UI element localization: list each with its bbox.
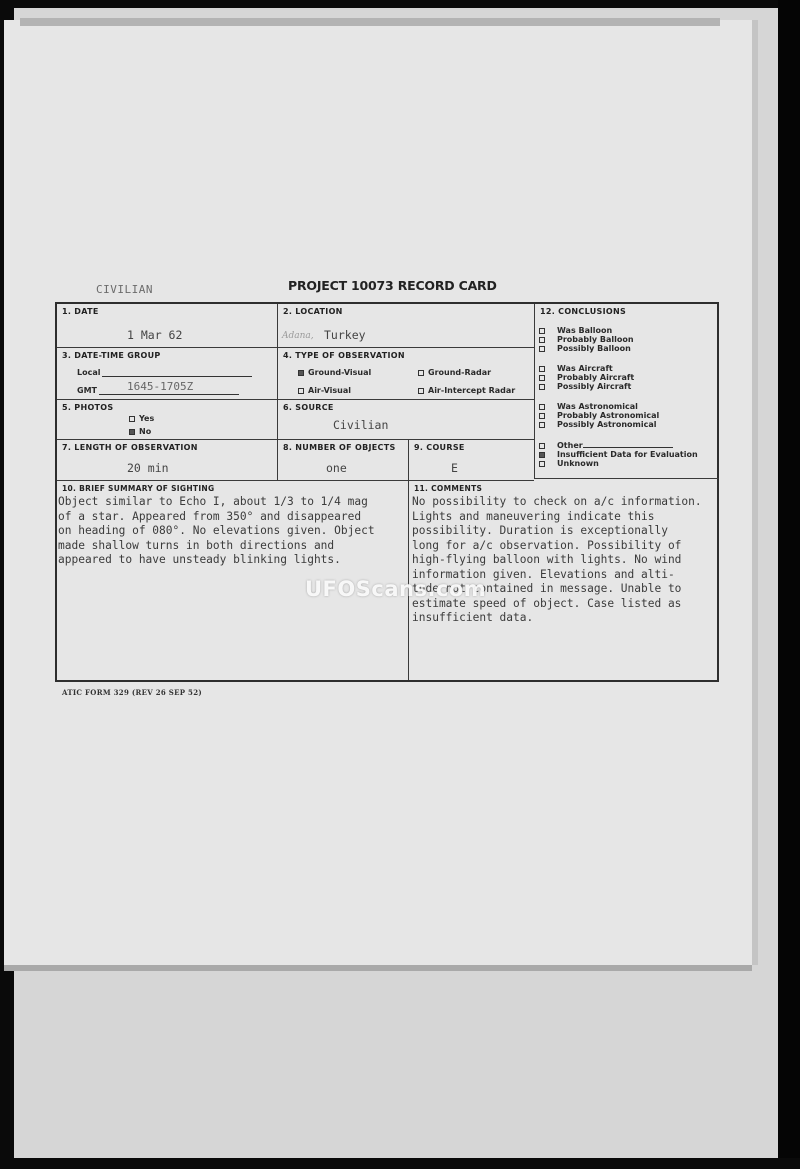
checkbox-icon xyxy=(539,346,545,352)
checkbox-icon xyxy=(418,370,424,376)
conclusion-probably-aircraft[interactable]: Probably Aircraft xyxy=(539,373,634,382)
option-air-intercept-radar[interactable]: Air-Intercept Radar xyxy=(418,386,515,395)
brief-summary-text: Object similar to Echo I, about 1/3 to 1… xyxy=(58,495,375,568)
course-value: E xyxy=(451,461,458,475)
location-handwritten: Adana, xyxy=(282,331,314,341)
photos-cell: 5. PHOTOS Yes No xyxy=(57,400,278,440)
form-id: ATIC FORM 329 (REV 26 SEP 52) xyxy=(62,688,202,697)
conclusion-possibly-astronomical[interactable]: Possibly Astronomical xyxy=(539,420,656,429)
number-of-objects-label: 8. NUMBER OF OBJECTS xyxy=(283,443,396,452)
checkbox-icon xyxy=(129,429,135,435)
watermark: UFOScans.com xyxy=(305,577,486,601)
scan-border-bottom xyxy=(0,1158,800,1169)
number-of-objects-cell: 8. NUMBER OF OBJECTS one xyxy=(278,440,409,481)
option-photos-yes[interactable]: Yes xyxy=(129,414,154,423)
date-label: 1. DATE xyxy=(62,307,99,316)
course-label: 9. COURSE xyxy=(414,443,465,452)
conclusions-label: 12. CONCLUSIONS xyxy=(540,307,626,316)
location-cell: 2. LOCATION Adana, Turkey xyxy=(278,304,534,348)
conclusion-probably-astronomical[interactable]: Probably Astronomical xyxy=(539,411,659,420)
checkbox-icon xyxy=(418,388,424,394)
checkbox-icon xyxy=(539,413,545,419)
conclusion-was-aircraft[interactable]: Was Aircraft xyxy=(539,364,613,373)
checkbox-icon xyxy=(298,370,304,376)
option-ground-visual[interactable]: Ground-Visual xyxy=(298,368,371,377)
date-time-group-label: 3. DATE-TIME GROUP xyxy=(62,351,161,360)
gmt-label: GMT xyxy=(77,386,97,395)
source-label: 6. SOURCE xyxy=(283,403,334,412)
page-top-shadow xyxy=(20,18,720,26)
conclusion-unknown[interactable]: Unknown xyxy=(539,459,599,468)
date-cell: 1. DATE 1 Mar 62 xyxy=(57,304,278,348)
conclusion-was-balloon[interactable]: Was Balloon xyxy=(539,326,612,335)
comments-label: 11. COMMENTS xyxy=(414,484,482,493)
date-value: 1 Mar 62 xyxy=(127,328,182,342)
location-value: Turkey xyxy=(324,328,366,342)
conclusion-possibly-balloon[interactable]: Possibly Balloon xyxy=(539,344,631,353)
conclusion-insufficient-data[interactable]: Insufficient Data for Evaluation xyxy=(539,450,698,459)
checkbox-icon xyxy=(539,422,545,428)
conclusion-other[interactable]: Other xyxy=(539,440,673,450)
conclusion-possibly-aircraft[interactable]: Possibly Aircraft xyxy=(539,382,631,391)
checkbox-icon xyxy=(539,452,545,458)
option-photos-no[interactable]: No xyxy=(129,427,151,436)
checkbox-icon xyxy=(539,337,545,343)
type-of-observation-cell: 4. TYPE OF OBSERVATION Ground-Visual Gro… xyxy=(278,348,534,400)
checkbox-icon xyxy=(539,461,545,467)
number-of-objects-value: one xyxy=(326,461,347,475)
card-title: PROJECT 10073 RECORD CARD xyxy=(288,278,497,293)
local-label: Local xyxy=(77,368,100,377)
date-time-group-cell: 3. DATE-TIME GROUP Local GMT 1645-1705Z xyxy=(57,348,278,400)
checkbox-icon xyxy=(298,388,304,394)
checkbox-icon xyxy=(539,384,545,390)
checkbox-icon xyxy=(129,416,135,422)
conclusion-probably-balloon[interactable]: Probably Balloon xyxy=(539,335,634,344)
length-value: 20 min xyxy=(127,461,169,475)
source-stamp: CIVILIAN xyxy=(96,283,153,296)
option-air-visual[interactable]: Air-Visual xyxy=(298,386,351,395)
other-line xyxy=(583,440,673,448)
local-line xyxy=(102,368,252,377)
course-cell: 9. COURSE E xyxy=(409,440,534,481)
type-of-observation-label: 4. TYPE OF OBSERVATION xyxy=(283,351,405,360)
checkbox-icon xyxy=(539,375,545,381)
checkbox-icon xyxy=(539,328,545,334)
checkbox-icon xyxy=(539,366,545,372)
source-cell: 6. SOURCE Civilian xyxy=(278,400,534,440)
comments-text: No possibility to check on a/c informati… xyxy=(412,495,702,626)
length-label: 7. LENGTH OF OBSERVATION xyxy=(62,443,198,452)
record-card: 1. DATE 1 Mar 62 2. LOCATION Adana, Turk… xyxy=(55,302,719,682)
location-label: 2. LOCATION xyxy=(283,307,343,316)
option-ground-radar[interactable]: Ground-Radar xyxy=(418,368,491,377)
conclusion-was-astronomical[interactable]: Was Astronomical xyxy=(539,402,638,411)
checkbox-icon xyxy=(539,443,545,449)
conclusions-cell: 12. CONCLUSIONS Was Balloon Probably Bal… xyxy=(534,304,719,479)
brief-summary-label: 10. BRIEF SUMMARY OF SIGHTING xyxy=(62,484,214,493)
scan-border-right xyxy=(778,0,800,1169)
checkbox-icon xyxy=(539,404,545,410)
photos-label: 5. PHOTOS xyxy=(62,403,113,412)
length-cell: 7. LENGTH OF OBSERVATION 20 min xyxy=(57,440,278,481)
source-value: Civilian xyxy=(333,418,388,432)
gmt-value: 1645-1705Z xyxy=(127,380,193,393)
local-field: Local xyxy=(77,368,252,377)
